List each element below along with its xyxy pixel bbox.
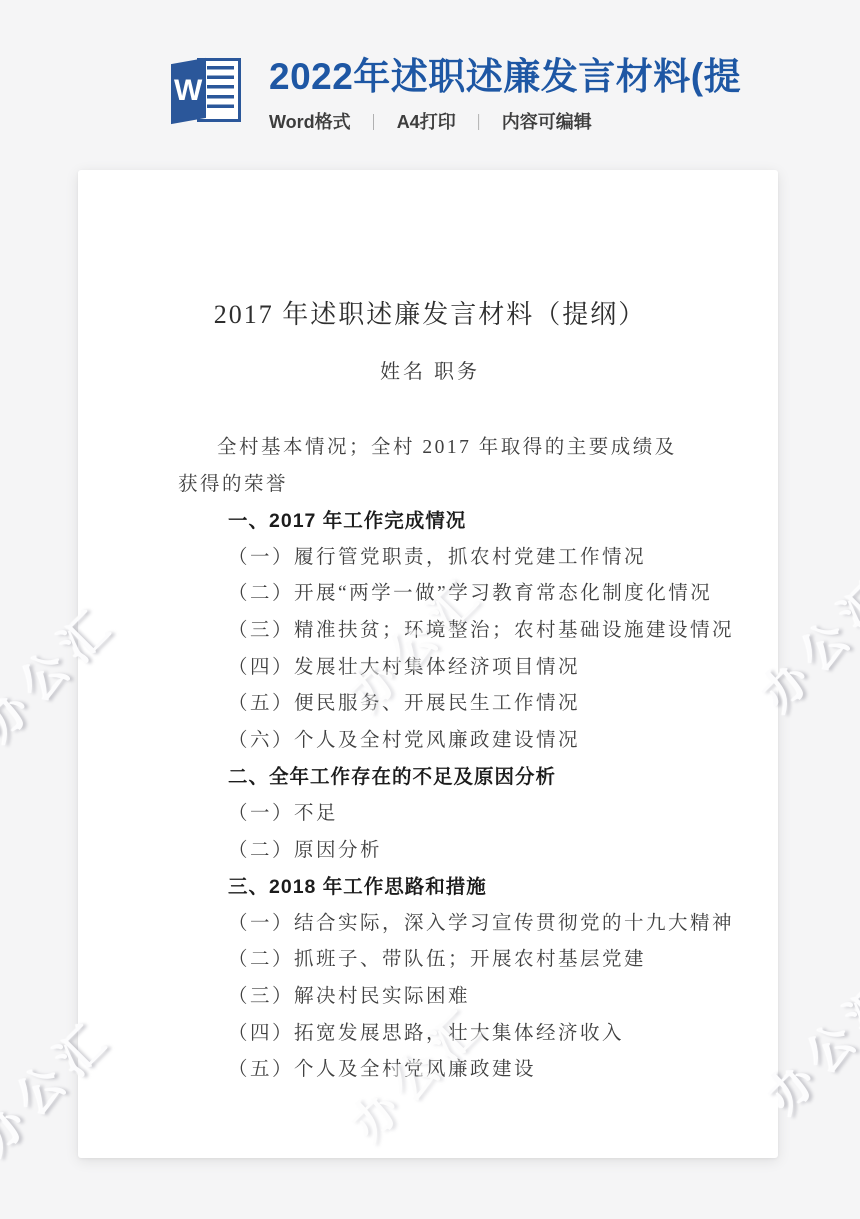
word-icon-letter: W — [174, 76, 202, 106]
word-icon-cover: W — [171, 58, 206, 124]
word-document-icon: W — [167, 55, 243, 127]
badge-editable: 内容可编辑 — [502, 108, 592, 134]
section-2-heading: 二、全年工作存在的不足及原因分析 — [178, 759, 682, 796]
list-item: （一）不足 — [178, 796, 682, 833]
list-item: （四）拓宽发展思路，壮大集体经济收入 — [178, 1016, 682, 1053]
document-byline: 姓名 职务 — [178, 355, 682, 384]
section-1-heading: 一、2017 年工作完成情况 — [178, 503, 682, 540]
page-header: W 2022年述职述廉发言材料(提 Word格式 ｜ A4打印 ｜ 内容可编辑 — [167, 55, 741, 134]
list-item: （三）精准扶贫；环境整治；农村基础设施建设情况 — [178, 613, 682, 650]
word-icon-sheet-lines — [207, 66, 234, 114]
document-title: 2017 年述职述廉发言材料（提纲） — [178, 294, 682, 331]
document-content: 2017 年述职述廉发言材料（提纲） 姓名 职务 全村基本情况；全村 2017 … — [78, 170, 778, 1089]
document-page: 2017 年述职述廉发言材料（提纲） 姓名 职务 全村基本情况；全村 2017 … — [78, 170, 778, 1158]
list-item: （二）开展“两学一做”学习教育常态化制度化情况 — [178, 576, 682, 613]
list-item: （三）解决村民实际困难 — [178, 979, 682, 1016]
document-intro: 全村基本情况；全村 2017 年取得的主要成绩及获得的荣誉 — [178, 430, 682, 503]
list-item: （六）个人及全村党风廉政建设情况 — [178, 723, 682, 760]
section-3-heading: 三、2018 年工作思路和措施 — [178, 869, 682, 906]
header-text: 2022年述职述廉发言材料(提 Word格式 ｜ A4打印 ｜ 内容可编辑 — [269, 55, 741, 134]
badge-separator: ｜ — [471, 110, 487, 133]
list-item: （二）抓班子、带队伍；开展农村基层党建 — [178, 942, 682, 979]
badge-a4-print: A4打印 — [397, 108, 456, 134]
list-item: （四）发展壮大村集体经济项目情况 — [178, 650, 682, 687]
list-item: （一）履行管党职责，抓农村党建工作情况 — [178, 540, 682, 577]
list-item: （五）个人及全村党风廉政建设 — [178, 1052, 682, 1089]
list-item: （一）结合实际，深入学习宣传贯彻党的十九大精神 — [178, 906, 682, 943]
format-badges: Word格式 ｜ A4打印 ｜ 内容可编辑 — [269, 108, 741, 134]
list-item: （五）便民服务、开展民生工作情况 — [178, 686, 682, 723]
badge-separator: ｜ — [366, 110, 382, 133]
page-title: 2022年述职述廉发言材料(提 — [269, 56, 741, 97]
badge-word-format: Word格式 — [269, 108, 351, 134]
list-item: （二）原因分析 — [178, 833, 682, 870]
